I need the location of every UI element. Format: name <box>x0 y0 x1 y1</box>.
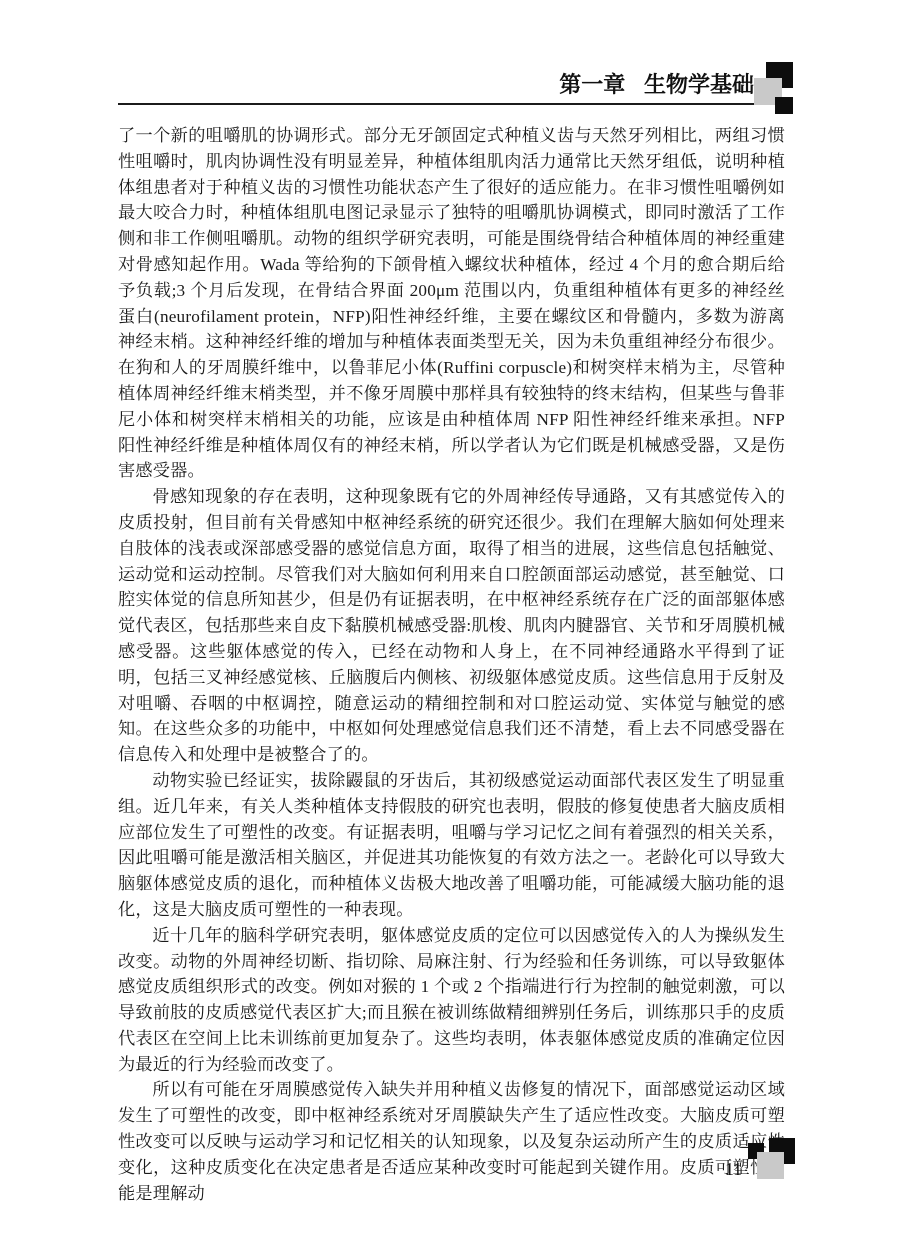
chapter-title: 生物学基础 <box>644 72 754 97</box>
header-rule <box>118 103 757 105</box>
running-header: 第一章生物学基础 <box>118 71 754 99</box>
chapter-number: 第一章 <box>559 72 625 97</box>
body-text: 了一个新的咀嚼肌的协调形式。部分无牙颌固定式种植义齿与天然牙列相比，两组习惯性咀… <box>118 123 785 1206</box>
paragraph-1: 了一个新的咀嚼肌的协调形式。部分无牙颌固定式种植义齿与天然牙列相比，两组习惯性咀… <box>118 123 785 484</box>
paragraph-4: 近十几年的脑科学研究表明，躯体感觉皮质的定位可以因感觉传入的人为操纵发生改变。动… <box>118 923 785 1078</box>
paragraph-3: 动物实验已经证实，拔除鼹鼠的牙齿后，其初级感觉运动面部代表区发生了明显重组。近几… <box>118 768 785 923</box>
paragraph-5: 所以有可能在牙周膜感觉传入缺失并用种植义齿修复的情况下，面部感觉运动区域发生了可… <box>118 1077 785 1206</box>
page-number: 11 <box>700 1158 742 1180</box>
header-corner-small-black-square <box>775 97 793 114</box>
paragraph-2: 骨感知现象的存在表明，这种现象既有它的外周神经传导通路，又有其感觉传入的皮质投射… <box>118 484 785 768</box>
book-page: 第一章生物学基础 了一个新的咀嚼肌的协调形式。部分无牙颌固定式种植义齿与天然牙列… <box>0 0 900 1234</box>
footer-corner-gray-square <box>757 1152 784 1179</box>
